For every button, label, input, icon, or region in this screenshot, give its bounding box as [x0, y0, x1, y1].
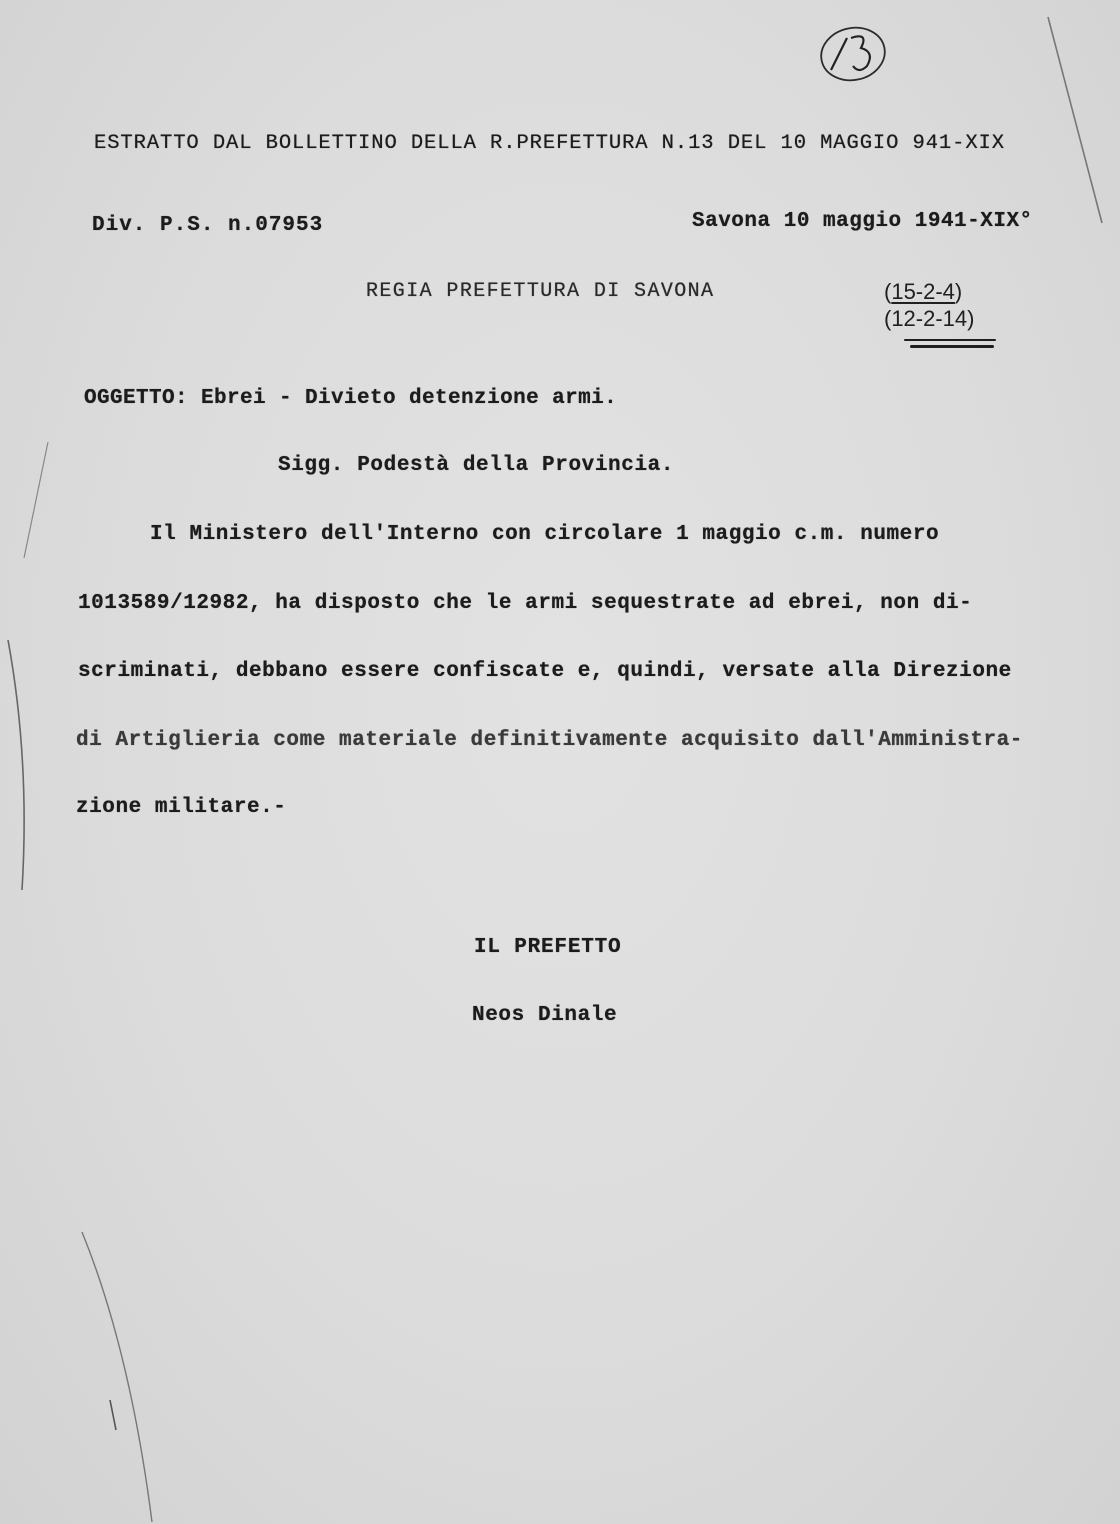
paper-edge-line-right	[1040, 15, 1110, 225]
reference-code-2: (12-2-14)	[884, 305, 974, 332]
body-line: zione militare.-	[76, 796, 286, 819]
subject-line: OGGETTO: Ebrei - Divieto detenzione armi…	[84, 387, 617, 410]
place-and-date: Savona 10 maggio 1941-XIX°	[692, 210, 1033, 233]
addressee-line: Sigg. Podestà della Provincia.	[278, 454, 674, 477]
paper-edge-line-bottom-left	[80, 1230, 170, 1524]
bulletin-extract-header: ESTRATTO DAL BOLLETTINO DELLA R.PREFETTU…	[94, 132, 1005, 155]
signature-title: IL PREFETTO	[474, 936, 621, 959]
body-line: 1013589/12982, ha disposto che le armi s…	[78, 592, 972, 615]
paper-edge-line-left-top	[18, 440, 58, 560]
body-line: Il Ministero dell'Interno con circolare …	[150, 523, 939, 546]
signature-name: Neos Dinale	[472, 1004, 617, 1027]
division-reference: Div. P.S. n.07953	[92, 214, 323, 237]
reference-codes: (15-2-4) (12-2-14)	[884, 278, 974, 332]
handwritten-page-number	[817, 22, 887, 84]
document-page: ESTRATTO DAL BOLLETTINO DELLA R.PREFETTU…	[0, 0, 1120, 1524]
reference-double-underline	[904, 339, 996, 341]
reference-double-underline-2	[910, 345, 994, 348]
paper-edge-line-left	[0, 600, 40, 900]
reference-code-1: (15-2-4)	[884, 278, 974, 305]
body-line: di Artiglieria come materiale definitiva…	[76, 729, 1023, 752]
body-line: scriminati, debbano essere confiscate e,…	[78, 660, 1012, 683]
issuing-office: REGIA PREFETTURA DI SAVONA	[366, 280, 714, 303]
